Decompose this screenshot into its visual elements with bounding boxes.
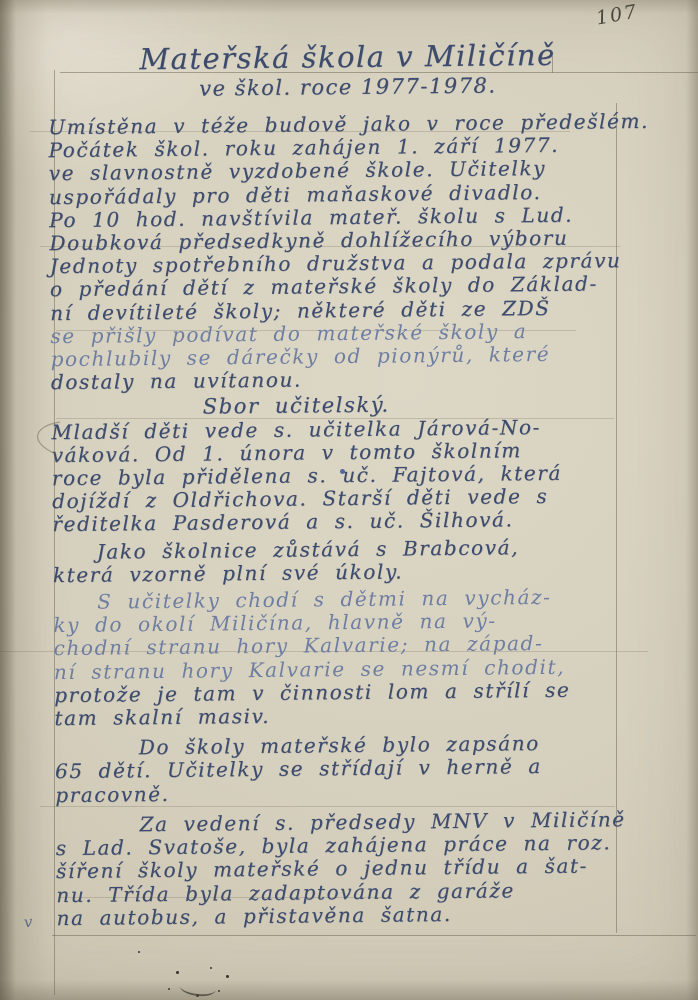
ink-smudge-arc <box>179 978 216 998</box>
text-line: na autobus, a přistavěna šatna. <box>56 901 656 930</box>
ink-speckle <box>176 971 179 974</box>
text-line: ředitelka Pasderová a s. uč. Šilhová. <box>52 507 652 536</box>
text-line: dostaly na uvítanou. <box>51 365 651 394</box>
ink-blot <box>340 469 345 474</box>
chronicle-page: 107 Mateřská škola v Miličíně ve škol. r… <box>0 0 698 1000</box>
ink-speckle <box>226 975 229 978</box>
margin-curve-mark <box>24 418 62 458</box>
ink-speckle <box>168 988 170 990</box>
body-lines: Umístěna v téže budově jako v roce přede… <box>48 110 656 930</box>
margin-check-mark: v <box>23 913 33 932</box>
text-line: která vzorně plní své úkoly. <box>53 558 653 587</box>
handwritten-text: Mateřská škola v Miličíně ve škol. roce … <box>47 37 656 930</box>
ink-speckle <box>210 967 212 969</box>
document-subtitle: ve škol. roce 1977-1978. <box>48 71 648 104</box>
text-line: tam skalní masiv. <box>54 701 654 730</box>
text-line: pracovně. <box>55 778 655 807</box>
ink-speckle <box>218 990 220 992</box>
pencil-frame-bottom <box>52 935 696 936</box>
page-number: 107 <box>594 0 639 29</box>
ink-speckle <box>138 951 140 953</box>
